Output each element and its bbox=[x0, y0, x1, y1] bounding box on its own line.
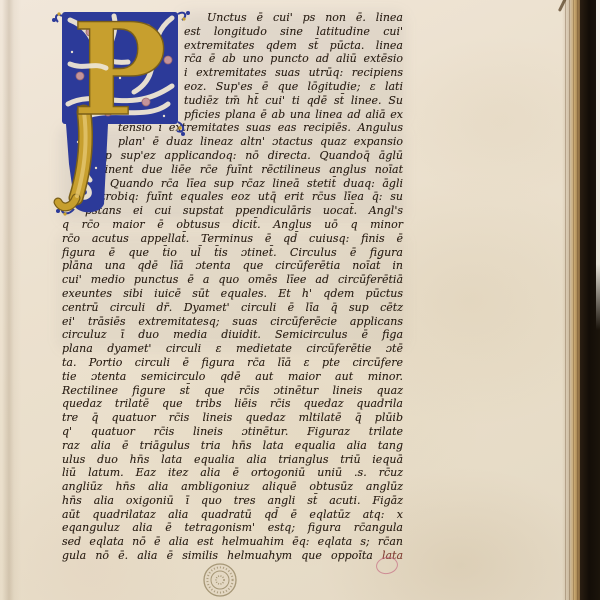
manuscript-line: ulus duo hn̄s lata equalia alia trianglu… bbox=[62, 453, 403, 467]
background-sliver bbox=[596, 0, 600, 330]
manuscript-line: gula nō ē. alia ē similis helmuahym que … bbox=[62, 549, 403, 563]
manuscript-line: q rc̄o maior ē obtusus dicit̄. Anglus uō… bbox=[62, 218, 403, 232]
manuscript-line: Rectilinee figure st̄ que rc̄is ɔtinētur… bbox=[62, 384, 403, 398]
manuscript-line: plāna una qdē līā ɔtenta que circūferēti… bbox=[62, 259, 403, 273]
manuscript-line: angliūz hn̄s alia ambligoniuz aliquē obt… bbox=[62, 480, 403, 494]
manuscript-line: quedaz trilatē que tribs liēis rc̄is que… bbox=[62, 397, 403, 411]
manuscript-line: hn̄s alia oxigoniū ī quo tres angli st̄ … bbox=[62, 494, 403, 508]
manuscript-line: centrū circuli dr̄. Dyamet' circuli ē lī… bbox=[62, 301, 403, 315]
manuscript-line: tudiēz tm̄ ht̄ cui' ti qdē st̄ linee. Su bbox=[184, 94, 403, 108]
page-crease bbox=[2, 0, 22, 600]
parchment-page: Unctus ē cui' ps non ē. lineaest longitu… bbox=[0, 0, 600, 600]
manuscript-line: rc̄a ē ab uno puncto ad aliū extēsio bbox=[184, 52, 403, 66]
manuscript-line: Unctus ē cui' ps non ē. linea bbox=[207, 11, 403, 25]
manuscript-line: eqanguluz alia ē tetragonism' estq; figu… bbox=[62, 521, 403, 535]
manuscript-line: eoz. Sup'es ē que lōgitudie; ɛ lati bbox=[184, 80, 403, 94]
manuscript-line: rc̄o acutus appellat̄. Terminus ē qd̄ cu… bbox=[62, 232, 403, 246]
manuscript-line: est longitudo sine latitudine cui' bbox=[184, 25, 403, 39]
manuscript-line: i extremitates suas utrūq: recipiens bbox=[184, 66, 403, 80]
manuscript-line: liū latum. Eaz itez alia ē ortogoniū uni… bbox=[62, 466, 403, 480]
manuscript-line: exeuntes sibi iuicē sūt equales. Et h' q… bbox=[62, 287, 403, 301]
manuscript-line: extremitates qdem st̄ pūcta. linea bbox=[184, 39, 403, 53]
manuscript-line: tie ɔtenta semicirculo qdē aut maior aut… bbox=[62, 370, 403, 384]
manuscript-line: aūt quadrilataz alia quadratū qd̄ ē eqla… bbox=[62, 508, 403, 522]
manuscript-line: circuluz ī duo media diuidit. Semicircul… bbox=[62, 328, 403, 342]
manuscript-line: ei' trāsiēs extremitatesq; suas circūfer… bbox=[62, 315, 403, 329]
manuscript-line: tre q̄ quatuor rc̄is lineis quedaz mltil… bbox=[62, 411, 403, 425]
illuminated-initial: P bbox=[50, 4, 195, 219]
library-stamp-icon bbox=[202, 562, 238, 598]
initial-letter-glyph: P bbox=[72, 4, 167, 144]
manuscript-line: pficies plana ē ab una linea ad aliā ex bbox=[184, 108, 403, 122]
manuscript-line: figura ē que t̄io ul̄ t̄is ɔtinet̄. Circ… bbox=[62, 246, 403, 260]
illuminated-initial-art: P bbox=[50, 4, 195, 219]
manuscript-line: q' quatuor rc̄is lineis ɔtinētur. Figura… bbox=[62, 425, 403, 439]
manuscript-line: ta. Portio circuli ē figura rc̄a līā ɛ p… bbox=[62, 356, 403, 370]
initial-letter-P: P bbox=[58, 4, 167, 207]
manuscript-line: sed eqlata nō ē alia est helmuahim ēq: e… bbox=[62, 535, 403, 549]
manuscript-line: raz alia ē triāgulus tria hn̄s lata equa… bbox=[62, 439, 403, 453]
manuscript-line: plana dyamet' circuli ɛ medietate circūf… bbox=[62, 342, 403, 356]
fore-edge-pages bbox=[562, 0, 580, 600]
manuscript-line: cui' medio punctus ē a quo omēs līee ad … bbox=[62, 273, 403, 287]
